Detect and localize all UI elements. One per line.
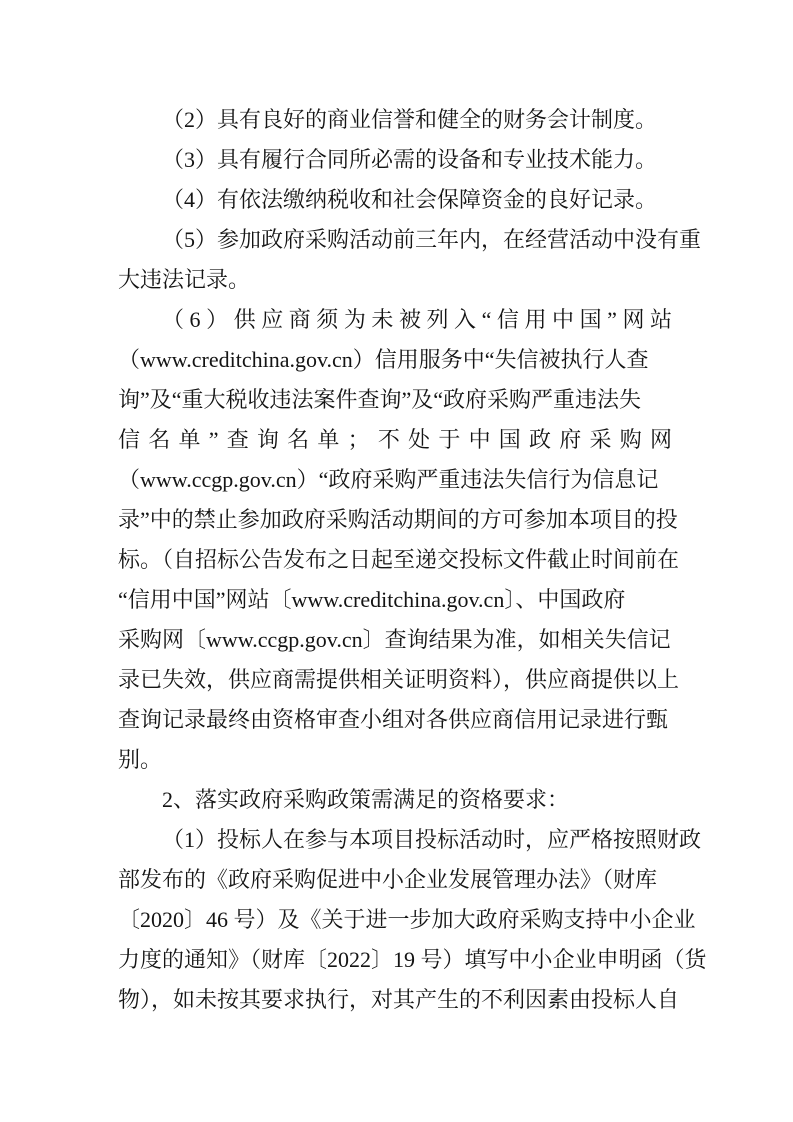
text-line: 信名单”查询名单；不处于中国政府采购网 bbox=[118, 420, 672, 460]
text-line: 别。 bbox=[118, 740, 672, 780]
text-line: （1）投标人在参与本项目投标活动时，应严格按照财政 bbox=[118, 820, 672, 860]
text-line: 〔2020〕46 号）及《关于进一步加大政府采购支持中小企业 bbox=[118, 900, 672, 940]
text-line: 查询记录最终由资格审查小组对各供应商信用记录进行甄 bbox=[118, 700, 672, 740]
text-line: “信用中国”网站〔www.creditchina.gov.cn〕、中国政府 bbox=[118, 580, 672, 620]
text-line: 录”中的禁止参加政府采购活动期间的方可参加本项目的投 bbox=[118, 500, 672, 540]
text-line: 标。（自招标公告发布之日起至递交投标文件截止时间前在 bbox=[118, 540, 672, 580]
document-text-block: （2）具有良好的商业信誉和健全的财务会计制度。 （3）具有履行合同所必需的设备和… bbox=[118, 100, 672, 1020]
text-line: 2、落实政府采购政策需满足的资格要求： bbox=[118, 780, 672, 820]
document-page: （2）具有良好的商业信誉和健全的财务会计制度。 （3）具有履行合同所必需的设备和… bbox=[0, 0, 793, 1122]
text-line: 采购网〔www.ccgp.gov.cn〕查询结果为准，如相关失信记 bbox=[118, 620, 672, 660]
text-line: （www.creditchina.gov.cn）信用服务中“失信被执行人查 bbox=[118, 340, 672, 380]
text-line: 询”及“重大税收违法案件查询”及“政府采购严重违法失 bbox=[118, 380, 672, 420]
text-line: （3）具有履行合同所必需的设备和专业技术能力。 bbox=[118, 140, 672, 180]
text-line: 大违法记录。 bbox=[118, 260, 672, 300]
text-line: （4）有依法缴纳税收和社会保障资金的良好记录。 bbox=[118, 180, 672, 220]
text-line: 物），如未按其要求执行，对其产生的不利因素由投标人自 bbox=[118, 980, 672, 1020]
text-line: （5）参加政府采购活动前三年内，在经营活动中没有重 bbox=[118, 220, 672, 260]
text-line: 力度的通知》（财库〔2022〕19 号）填写中小企业申明函（货 bbox=[118, 940, 672, 980]
text-line: 部发布的《政府采购促进中小企业发展管理办法》（财库 bbox=[118, 860, 672, 900]
text-line: （2）具有良好的商业信誉和健全的财务会计制度。 bbox=[118, 100, 672, 140]
text-line: （www.ccgp.gov.cn）“政府采购严重违法失信行为信息记 bbox=[118, 460, 672, 500]
text-line: 录已失效，供应商需提供相关证明资料），供应商提供以上 bbox=[118, 660, 672, 700]
text-line: （6）供应商须为未被列入“信用中国”网站 bbox=[118, 300, 672, 340]
